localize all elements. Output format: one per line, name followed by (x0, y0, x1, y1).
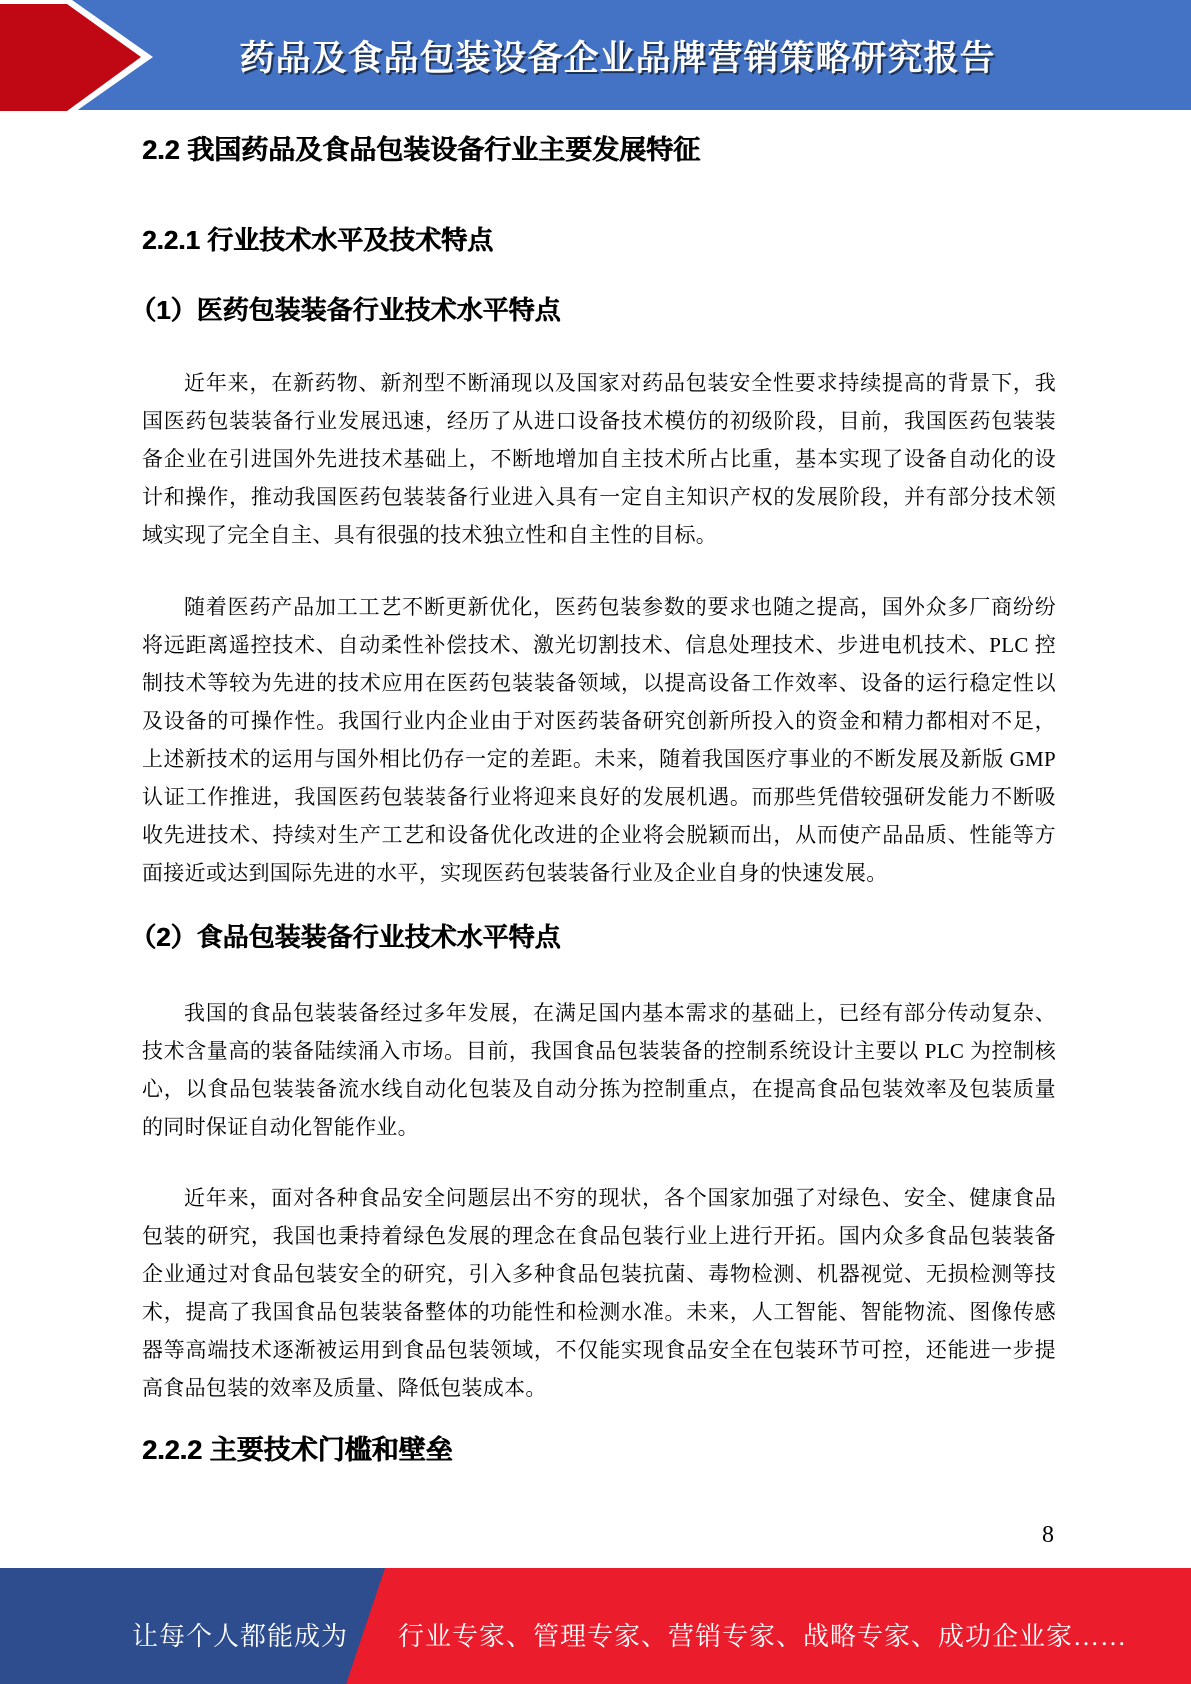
heading-2-2-1: 2.2.1 行业技术水平及技术特点 (142, 221, 1062, 259)
page-footer-banner: 让每个人都能成为 行业专家、管理专家、营销专家、战略专家、成功企业家…… (0, 1568, 1191, 1684)
paragraph-2: 随着医药产品加工工艺不断更新优化，医药包装参数的要求也随之提高，国外众多厂商纷纷… (142, 588, 1056, 892)
footer-slogan-right: 行业专家、管理专家、营销专家、战略专家、成功企业家…… (398, 1616, 1158, 1653)
heading-item-2: （2）食品包装装备行业技术水平特点 (130, 918, 1050, 956)
heading-item-1: （1）医药包装装备行业技术水平特点 (130, 291, 1050, 329)
page-content: 2.2 我国药品及食品包装设备行业主要发展特征 2.2.1 行业技术水平及技术特… (0, 0, 1191, 1568)
report-page: 药品及食品包装设备企业品牌营销策略研究报告 2.2 我国药品及食品包装设备行业主… (0, 0, 1191, 1684)
footer-slogan-left: 让每个人都能成为 (0, 1616, 348, 1653)
paragraph-3: 我国的食品包装装备经过多年发展，在满足国内基本需求的基础上，已经有部分传动复杂、… (142, 994, 1056, 1146)
page-number: 8 (1028, 1522, 1068, 1549)
paragraph-4: 近年来，面对各种食品安全问题层出不穷的现状，各个国家加强了对绿色、安全、健康食品… (142, 1179, 1056, 1407)
heading-2-2-2: 2.2.2 主要技术门槛和壁垒 (142, 1431, 1062, 1469)
heading-2-2: 2.2 我国药品及食品包装设备行业主要发展特征 (142, 131, 1062, 169)
paragraph-1: 近年来，在新药物、新剂型不断涌现以及国家对药品包装安全性要求持续提高的背景下，我… (142, 364, 1056, 554)
